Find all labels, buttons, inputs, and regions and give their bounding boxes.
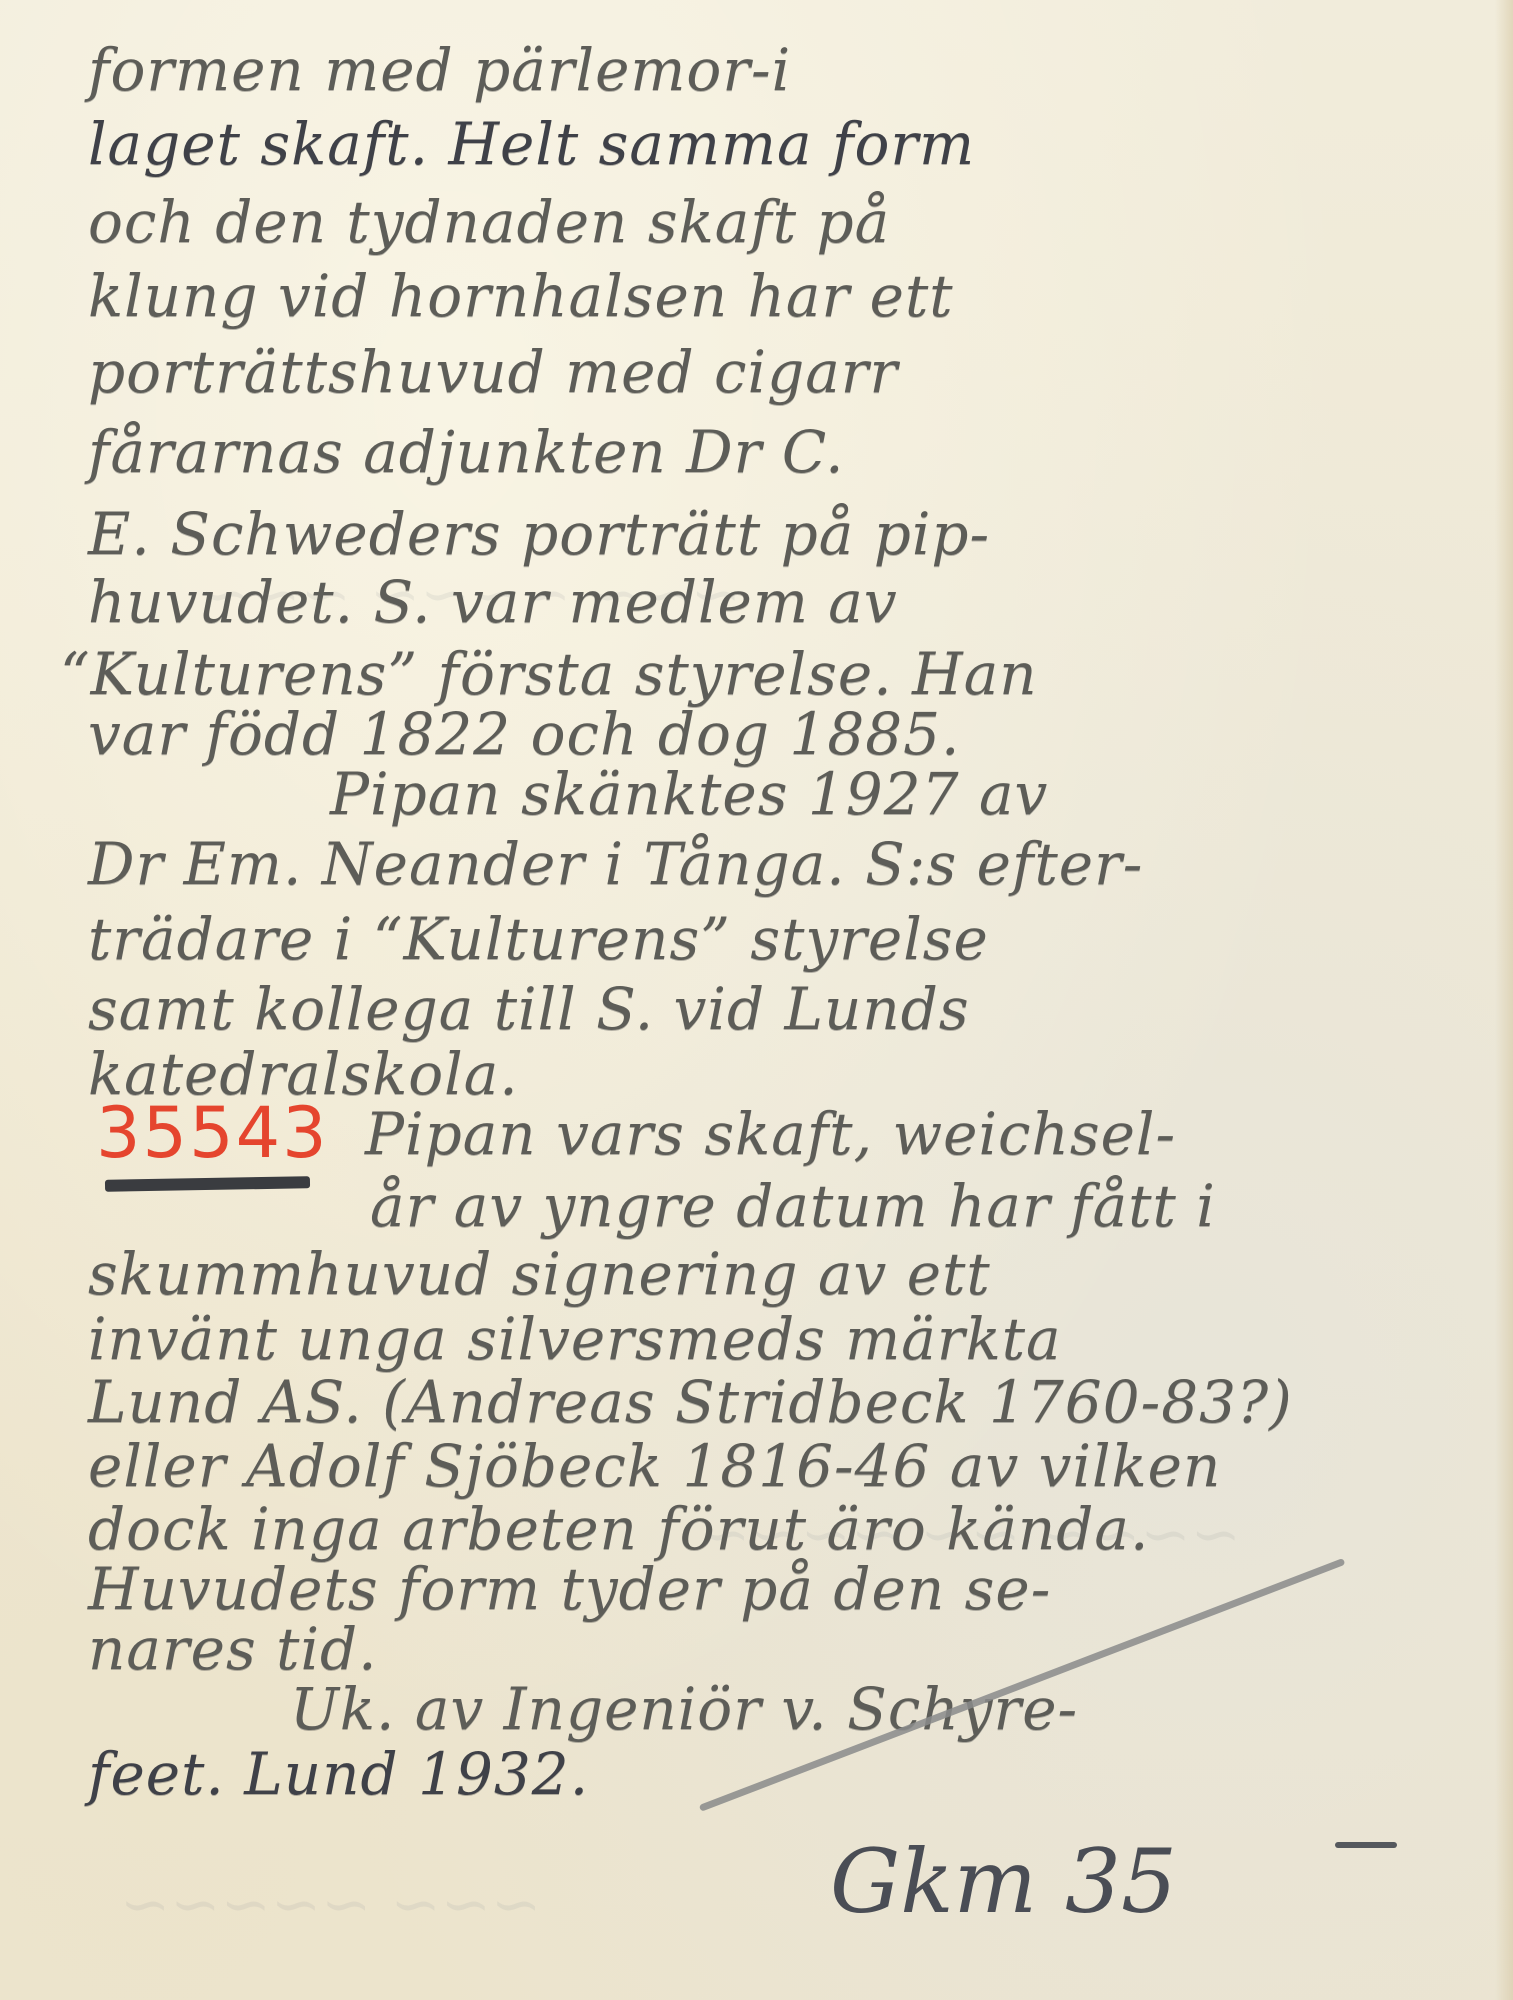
reverse-side-bleed: ~~~ ~~~~~ xyxy=(120,1870,541,1940)
text-line: Dr Em. Neander i Tånga. S:s efter- xyxy=(88,830,1143,898)
text-line: fårarnas adjunkten Dr C. xyxy=(88,418,845,486)
text-line: samt kollega till S. vid Lunds xyxy=(88,975,970,1043)
text-line: feet. Lund 1932. xyxy=(88,1740,589,1808)
text-line: formen med pärlemor-i xyxy=(88,36,791,104)
text-line: Pipan vars skaft, weichsel- xyxy=(365,1100,1176,1168)
text-line: eller Adolf Sjöbeck 1816-46 av vilken xyxy=(88,1432,1221,1500)
text-line: invänt unga silversmeds märkta xyxy=(88,1305,1062,1373)
text-line: Lund AS. (Andreas Stridbeck 1760-83?) xyxy=(88,1368,1293,1436)
signature-dash xyxy=(1335,1842,1397,1848)
signature: Gkm 35 xyxy=(830,1830,1177,1933)
text-line: porträttshuvud med cigarr xyxy=(88,338,898,406)
text-line: klung vid hornhalsen har ett xyxy=(88,262,954,330)
text-line: var född 1822 och dog 1885. xyxy=(88,700,960,768)
text-line: och den tydnaden skaft på xyxy=(88,188,890,256)
text-line: “Kulturens” första styrelse. Han xyxy=(60,640,1038,708)
text-line: år av yngre datum har fått i xyxy=(370,1172,1216,1240)
text-line: nares tid. xyxy=(88,1615,378,1683)
paper-edge-shadow xyxy=(1495,0,1513,2000)
text-line: E. Schweders porträtt på pip- xyxy=(88,500,990,568)
text-line: laget skaft. Helt samma form xyxy=(88,110,975,178)
text-line: skummhuvud signering av ett xyxy=(88,1240,991,1308)
text-line: Pipan skänktes 1927 av xyxy=(330,760,1048,828)
text-line: huvudet. S. var medlem av xyxy=(88,568,898,636)
text-line: Huvudets form tyder på den se- xyxy=(88,1555,1051,1623)
catalog-number: 35543 xyxy=(96,1092,329,1174)
text-line: trädare i “Kulturens” styrelse xyxy=(88,905,989,973)
text-line: dock inga arbeten förut äro kända. xyxy=(88,1495,1149,1563)
